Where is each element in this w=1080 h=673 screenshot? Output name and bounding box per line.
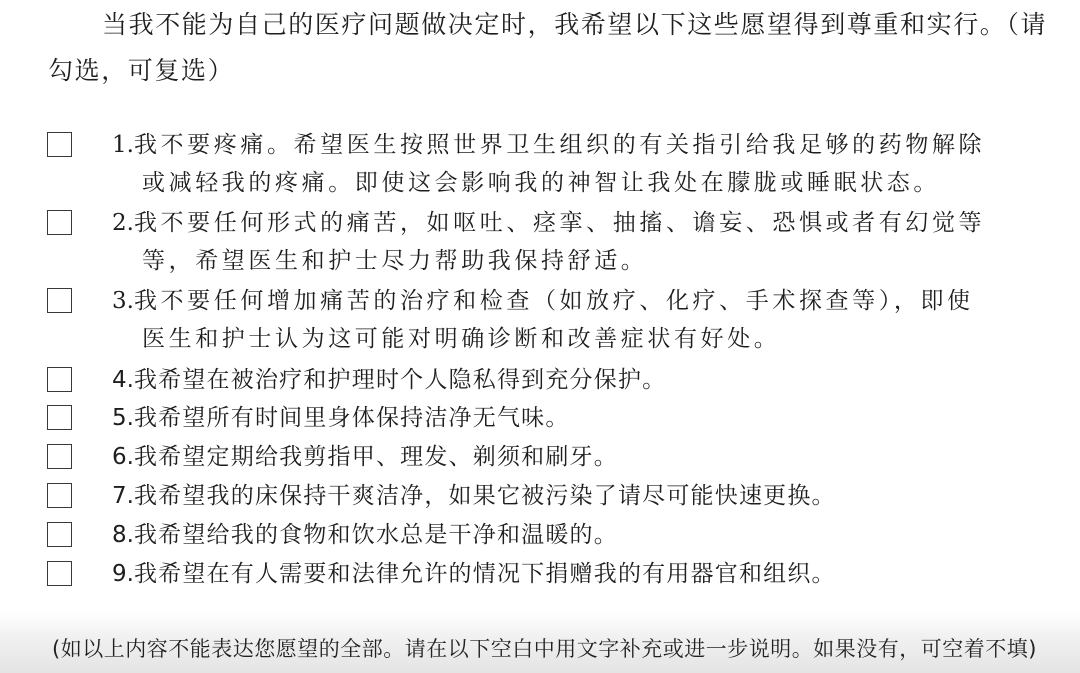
wish-line-continued: 医生和护士认为这可能对明确诊断和改善症状有好处。 xyxy=(112,320,1062,358)
wish-text-2: 2.我不要任何形式的痛苦，如呕吐、痉挛、抽搐、谵妄、恐惧或者有幻觉等 等，希望医… xyxy=(112,204,1062,280)
advance-directive-page: 当我不能为自己的医疗问题做决定时，我希望以下这些愿望得到尊重和实行。（请勾选，可… xyxy=(0,0,1080,673)
wish-number: 7. xyxy=(112,483,134,509)
wish-number: 1. xyxy=(112,132,134,158)
wish-number: 8. xyxy=(112,522,134,548)
wish-checkbox-6[interactable] xyxy=(47,444,72,469)
wish-number: 9. xyxy=(112,561,134,587)
wish-line: 我希望在有人需要和法律允许的情况下捐赠我的有用器官和组织。 xyxy=(134,561,836,587)
wish-text-6: 6.我希望定期给我剪指甲、理发、剃须和刷牙。 xyxy=(112,438,1062,476)
wish-checkbox-7[interactable] xyxy=(47,483,72,508)
wish-number: 4. xyxy=(112,367,134,393)
wish-number: 5. xyxy=(112,405,134,431)
wish-text-3: 3.我不要任何增加痛苦的治疗和检查（如放疗、化疗、手术探查等），即使 医生和护士… xyxy=(112,282,1062,358)
wish-checkbox-5[interactable] xyxy=(47,405,72,430)
wish-checkbox-3[interactable] xyxy=(47,288,72,313)
wish-number: 2. xyxy=(112,210,134,236)
wish-text-1: 1.我不要疼痛。希望医生按照世界卫生组织的有关指引给我足够的药物解除 或减轻我的… xyxy=(112,126,1062,202)
wish-line: 我希望给我的食物和饮水总是干净和温暖的。 xyxy=(134,522,618,548)
wish-checkbox-8[interactable] xyxy=(47,522,72,547)
wish-checkbox-4[interactable] xyxy=(47,367,72,392)
wish-text-8: 8.我希望给我的食物和饮水总是干净和温暖的。 xyxy=(112,516,1062,554)
wish-checkbox-2[interactable] xyxy=(47,210,72,235)
wish-number: 3. xyxy=(112,288,134,314)
wish-line: 我希望我的床保持干爽洁净，如果它被污染了请尽可能快速更换。 xyxy=(134,483,836,509)
footer-note: (如以上内容不能表达您愿望的全部。请在以下空白中用文字补充或进一步说明。如果没有… xyxy=(52,634,1062,664)
wish-text-4: 4.我希望在被治疗和护理时个人隐私得到充分保护。 xyxy=(112,361,1062,399)
wish-line: 我希望定期给我剪指甲、理发、剃须和刷牙。 xyxy=(134,444,618,470)
wish-number: 6. xyxy=(112,444,134,470)
wish-text-7: 7.我希望我的床保持干爽洁净，如果它被污染了请尽可能快速更换。 xyxy=(112,477,1062,515)
wish-line: 我希望在被治疗和护理时个人隐私得到充分保护。 xyxy=(134,367,666,393)
wish-line: 我不要任何增加痛苦的治疗和检查（如放疗、化疗、手术探查等），即使 xyxy=(134,288,974,314)
wish-text-9: 9.我希望在有人需要和法律允许的情况下捐赠我的有用器官和组织。 xyxy=(112,555,1062,593)
wish-line-continued: 或减轻我的疼痛。即使这会影响我的神智让我处在朦胧或睡眠状态。 xyxy=(112,164,1062,202)
wish-line: 我不要疼痛。希望医生按照世界卫生组织的有关指引给我足够的药物解除 xyxy=(134,132,985,158)
wish-line: 我希望所有时间里身体保持洁净无气味。 xyxy=(134,405,570,431)
wish-line: 我不要任何形式的痛苦，如呕吐、痉挛、抽搐、谵妄、恐惧或者有幻觉等 xyxy=(134,210,985,236)
wish-line-continued: 等，希望医生和护士尽力帮助我保持舒适。 xyxy=(112,242,1062,280)
wish-checkbox-1[interactable] xyxy=(47,132,72,157)
wish-text-5: 5.我希望所有时间里身体保持洁净无气味。 xyxy=(112,399,1062,437)
wish-checkbox-9[interactable] xyxy=(47,561,72,586)
intro-paragraph: 当我不能为自己的医疗问题做决定时，我希望以下这些愿望得到尊重和实行。（请勾选，可… xyxy=(48,2,1060,94)
